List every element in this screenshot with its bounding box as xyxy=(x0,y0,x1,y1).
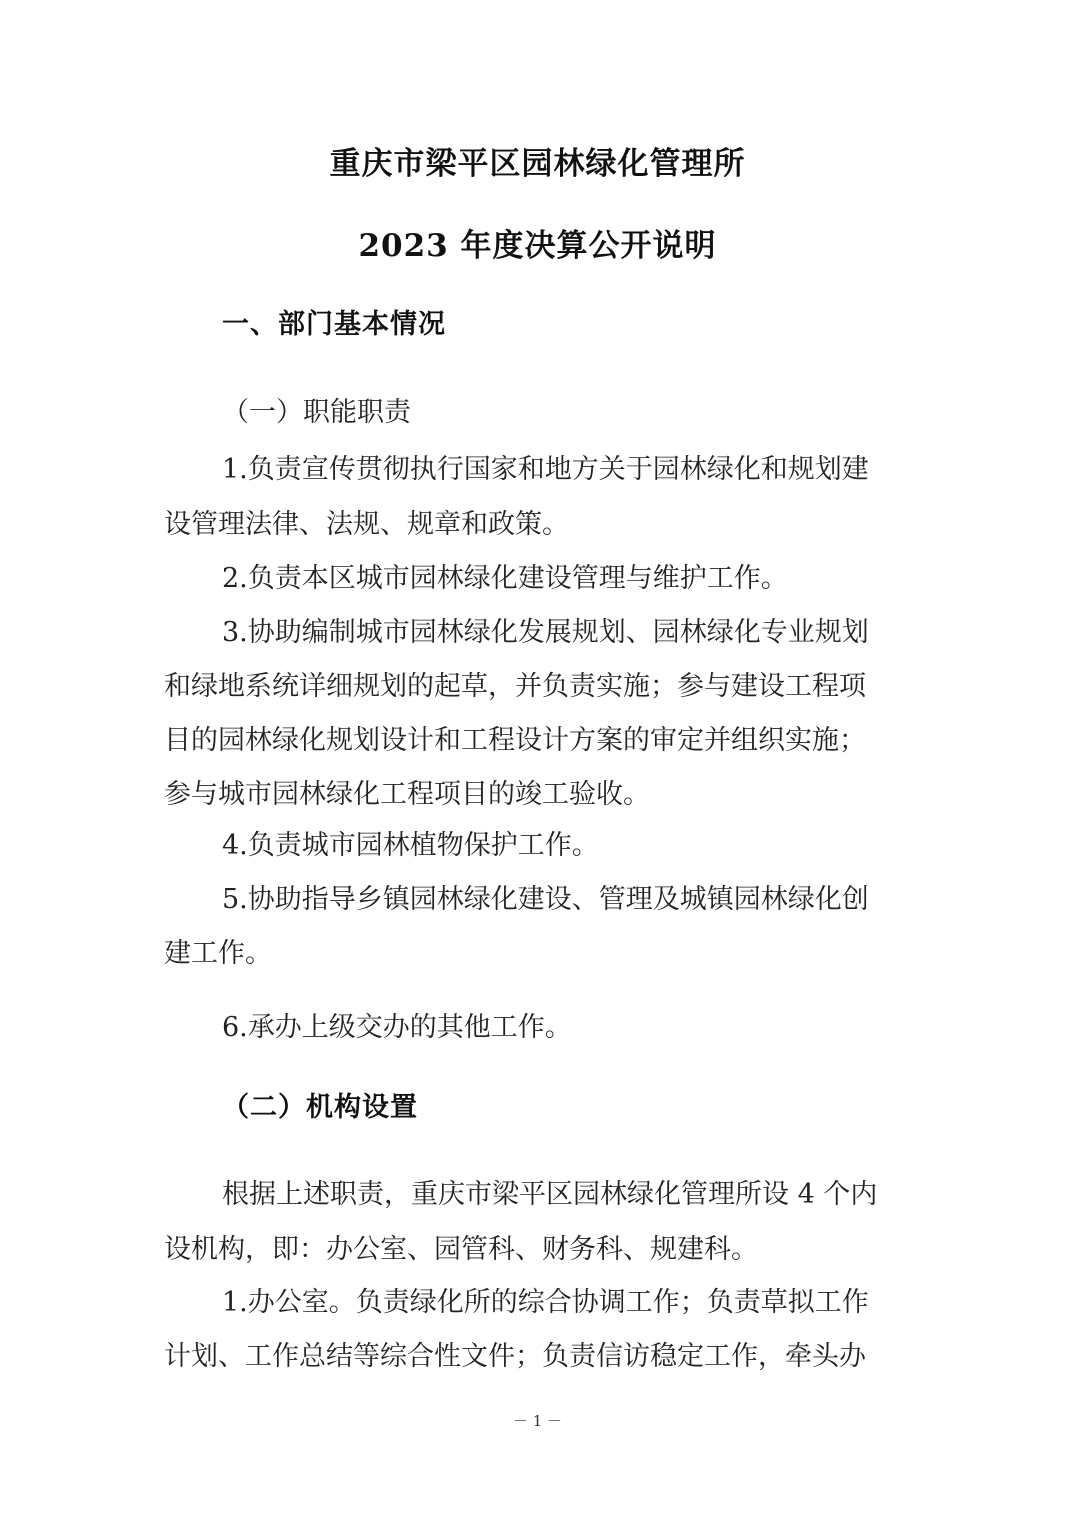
paragraph-line: 2.负责本区城市园林绿化建设管理与维护工作。 xyxy=(222,556,788,595)
paragraph-line: 5.协助指导乡镇园林绿化建设、管理及城镇园林绿化创 xyxy=(222,877,869,916)
paragraph-line: 和绿地系统详细规划的起草，并负责实施；参与建设工程项 xyxy=(164,664,866,703)
subsection-heading-organization: （二）机构设置 xyxy=(222,1085,418,1124)
paragraph-line: 计划、工作总结等综合性文件；负责信访稳定工作，牵头办 xyxy=(164,1334,866,1373)
paragraph-line: 建工作。 xyxy=(164,931,272,970)
document-title-line2: 2023 年度决算公开说明 xyxy=(0,220,1075,265)
paragraph-line: 1.负责宣传贯彻执行国家和地方关于园林绿化和规划建 xyxy=(222,447,869,486)
paragraph-line: 根据上述职责，重庆市梁平区园林绿化管理所设 4 个内 xyxy=(222,1172,877,1211)
page-number: － 1 － xyxy=(0,1410,1075,1431)
paragraph-line: 目的园林绿化规划设计和工程设计方案的审定并组织实施； xyxy=(164,718,866,757)
paragraph-line: 设机构，即：办公室、园管科、财务科、规建科。 xyxy=(164,1227,758,1266)
section-heading-basic-info: 一、部门基本情况 xyxy=(222,302,446,341)
paragraph-line: 参与城市园林绿化工程项目的竣工验收。 xyxy=(164,772,650,811)
paragraph-line: 4.负责城市园林植物保护工作。 xyxy=(222,823,599,862)
paragraph-line: 1.办公室。负责绿化所的综合协调工作；负责草拟工作 xyxy=(222,1280,869,1319)
paragraph-line: 设管理法律、法规、规章和政策。 xyxy=(164,502,569,541)
subsection-heading-functions: （一）职能职责 xyxy=(222,390,411,429)
paragraph-line: 6.承办上级交办的其他工作。 xyxy=(222,1005,572,1044)
document-title-line1: 重庆市梁平区园林绿化管理所 xyxy=(0,138,1075,183)
paragraph-line: 3.协助编制城市园林绿化发展规划、园林绿化专业规划 xyxy=(222,610,869,649)
document-page: 重庆市梁平区园林绿化管理所 2023 年度决算公开说明 一、部门基本情况 （一）… xyxy=(0,0,1075,1520)
